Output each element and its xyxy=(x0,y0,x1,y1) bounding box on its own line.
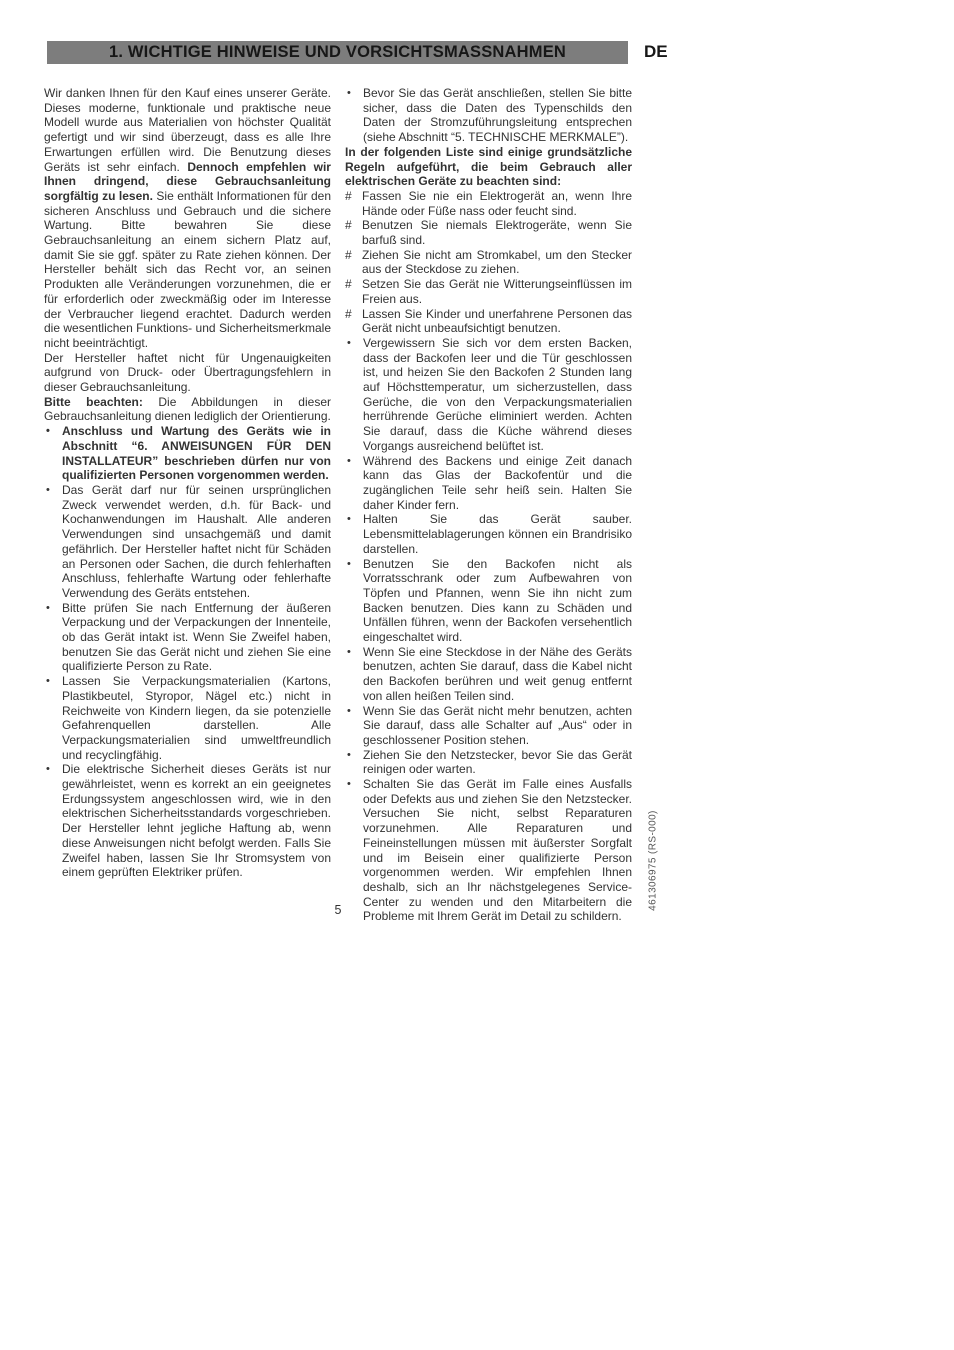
language-code-label: DE xyxy=(644,42,668,62)
right-column: • Bevor Sie das Gerät anschließen, stell… xyxy=(345,86,632,924)
list-item: • Anschluss und Wartung des Geräts wie i… xyxy=(44,424,331,483)
rule-item: # Lassen Sie Kinder und unerfahrene Pers… xyxy=(345,307,632,336)
bullet-icon: • xyxy=(347,748,351,763)
list-item-text: Die elektrische Sicherheit dieses Geräts… xyxy=(62,762,331,879)
bullet-icon: • xyxy=(347,704,351,719)
list-item: • Benutzen Sie den Backofen nicht als Vo… xyxy=(345,557,632,645)
bullet-icon: • xyxy=(46,601,50,616)
document-code: 461306975 (RS-000) xyxy=(648,791,659,931)
rule-item: # Ziehen Sie nicht am Stromkabel, um den… xyxy=(345,248,632,277)
bullet-icon: • xyxy=(347,645,351,660)
list-item: • Halten Sie das Gerät sauber. Lebensmit… xyxy=(345,512,632,556)
list-item-text: Halten Sie das Gerät sauber. Lebensmitte… xyxy=(363,512,632,555)
list-item-text: Wenn Sie das Gerät nicht mehr benutzen, … xyxy=(363,704,632,747)
note-label: Bitte beachten: xyxy=(44,395,143,409)
list-item-text: Vergewissern Sie sich vor dem ersten Bac… xyxy=(363,336,632,453)
list-item-text: Das Gerät darf nur für seinen ursprüngli… xyxy=(62,483,331,600)
rule-item: # Setzen Sie das Gerät nie Witterungsein… xyxy=(345,277,632,306)
rule-item: # Fassen Sie nie ein Elektrogerät an, we… xyxy=(345,189,632,218)
list-item-text: Bitte prüfen Sie nach Entfernung der äuß… xyxy=(62,601,331,674)
list-item: • Wenn Sie eine Steckdose in der Nähe de… xyxy=(345,645,632,704)
bullet-icon: • xyxy=(347,512,351,527)
rule-item-text: Setzen Sie das Gerät nie Witterungseinfl… xyxy=(362,277,632,306)
bullet-icon: • xyxy=(46,762,50,777)
list-item-text: Bevor Sie das Gerät anschließen, stellen… xyxy=(363,86,632,144)
list-item: • Lassen Sie Verpackungsmaterialien (Kar… xyxy=(44,674,331,762)
rule-item-text: Fassen Sie nie ein Elektrogerät an, wenn… xyxy=(362,189,632,218)
list-item-text: Schalten Sie das Gerät im Falle eines Au… xyxy=(363,777,632,923)
hash-icon: # xyxy=(345,189,352,204)
left-column: Wir danken Ihnen für den Kauf eines unse… xyxy=(44,86,331,924)
list-item-text: Wenn Sie eine Steckdose in der Nähe des … xyxy=(363,645,632,703)
bullet-icon: • xyxy=(347,454,351,469)
bullet-icon: • xyxy=(347,777,351,792)
hash-icon: # xyxy=(345,307,352,322)
rule-item: # Benutzen Sie niemals Elektrogeräte, we… xyxy=(345,218,632,247)
list-item: • Vergewissern Sie sich vor dem ersten B… xyxy=(345,336,632,454)
bullet-icon: • xyxy=(46,424,50,439)
bullet-icon: • xyxy=(347,557,351,572)
bullet-icon: • xyxy=(46,483,50,498)
list-item-text: Lassen Sie Verpackungsmaterialien (Karto… xyxy=(62,674,331,762)
bullet-icon: • xyxy=(347,336,351,351)
document-page: 1. WICHTIGE HINWEISE UND VORSICHTSMASSNA… xyxy=(0,0,954,1350)
rule-item-text: Lassen Sie Kinder und unerfahrene Person… xyxy=(362,307,632,336)
list-item: • Ziehen Sie den Netzstecker, bevor Sie … xyxy=(345,748,632,777)
rule-item-text: Benutzen Sie niemals Elektrogeräte, wenn… xyxy=(362,218,632,247)
intro-text-2: Sie enthält Informationen für den sicher… xyxy=(44,189,331,350)
section-title-bar: 1. WICHTIGE HINWEISE UND VORSICHTSMASSNA… xyxy=(47,41,628,64)
intro-paragraph: Wir danken Ihnen für den Kauf eines unse… xyxy=(44,86,331,351)
hash-icon: # xyxy=(345,248,352,263)
list-item: • Wenn Sie das Gerät nicht mehr benutzen… xyxy=(345,704,632,748)
rule-item-text: Ziehen Sie nicht am Stromkabel, um den S… xyxy=(362,248,632,277)
list-item-text: Anschluss und Wartung des Geräts wie in … xyxy=(62,424,331,482)
list-item: • Während des Backens und einige Zeit da… xyxy=(345,454,632,513)
list-item-text: Ziehen Sie den Netzstecker, bevor Sie da… xyxy=(363,748,632,777)
list-item: • Bitte prüfen Sie nach Entfernung der ä… xyxy=(44,601,331,675)
hash-icon: # xyxy=(345,277,352,292)
list-item-text: Während des Backens und einige Zeit dana… xyxy=(363,454,632,512)
list-item: • Das Gerät darf nur für seinen ursprüng… xyxy=(44,483,331,601)
list-item: • Bevor Sie das Gerät anschließen, stell… xyxy=(345,86,632,145)
page-number: 5 xyxy=(44,903,632,917)
disclaimer-paragraph: Der Hersteller haftet nicht für Ungenaui… xyxy=(44,351,331,395)
hash-icon: # xyxy=(345,218,352,233)
list-item: • Die elektrische Sicherheit dieses Gerä… xyxy=(44,762,331,880)
list-item-text: Benutzen Sie den Backofen nicht als Vorr… xyxy=(363,557,632,645)
bullet-icon: • xyxy=(347,86,351,101)
bullet-icon: • xyxy=(46,674,50,689)
note-paragraph: Bitte beachten: Die Abbildungen in diese… xyxy=(44,395,331,424)
section-title: 1. WICHTIGE HINWEISE UND VORSICHTSMASSNA… xyxy=(109,43,566,62)
rules-intro-paragraph: In der folgenden Liste sind einige grund… xyxy=(345,145,632,189)
text-columns: Wir danken Ihnen für den Kauf eines unse… xyxy=(44,86,632,924)
